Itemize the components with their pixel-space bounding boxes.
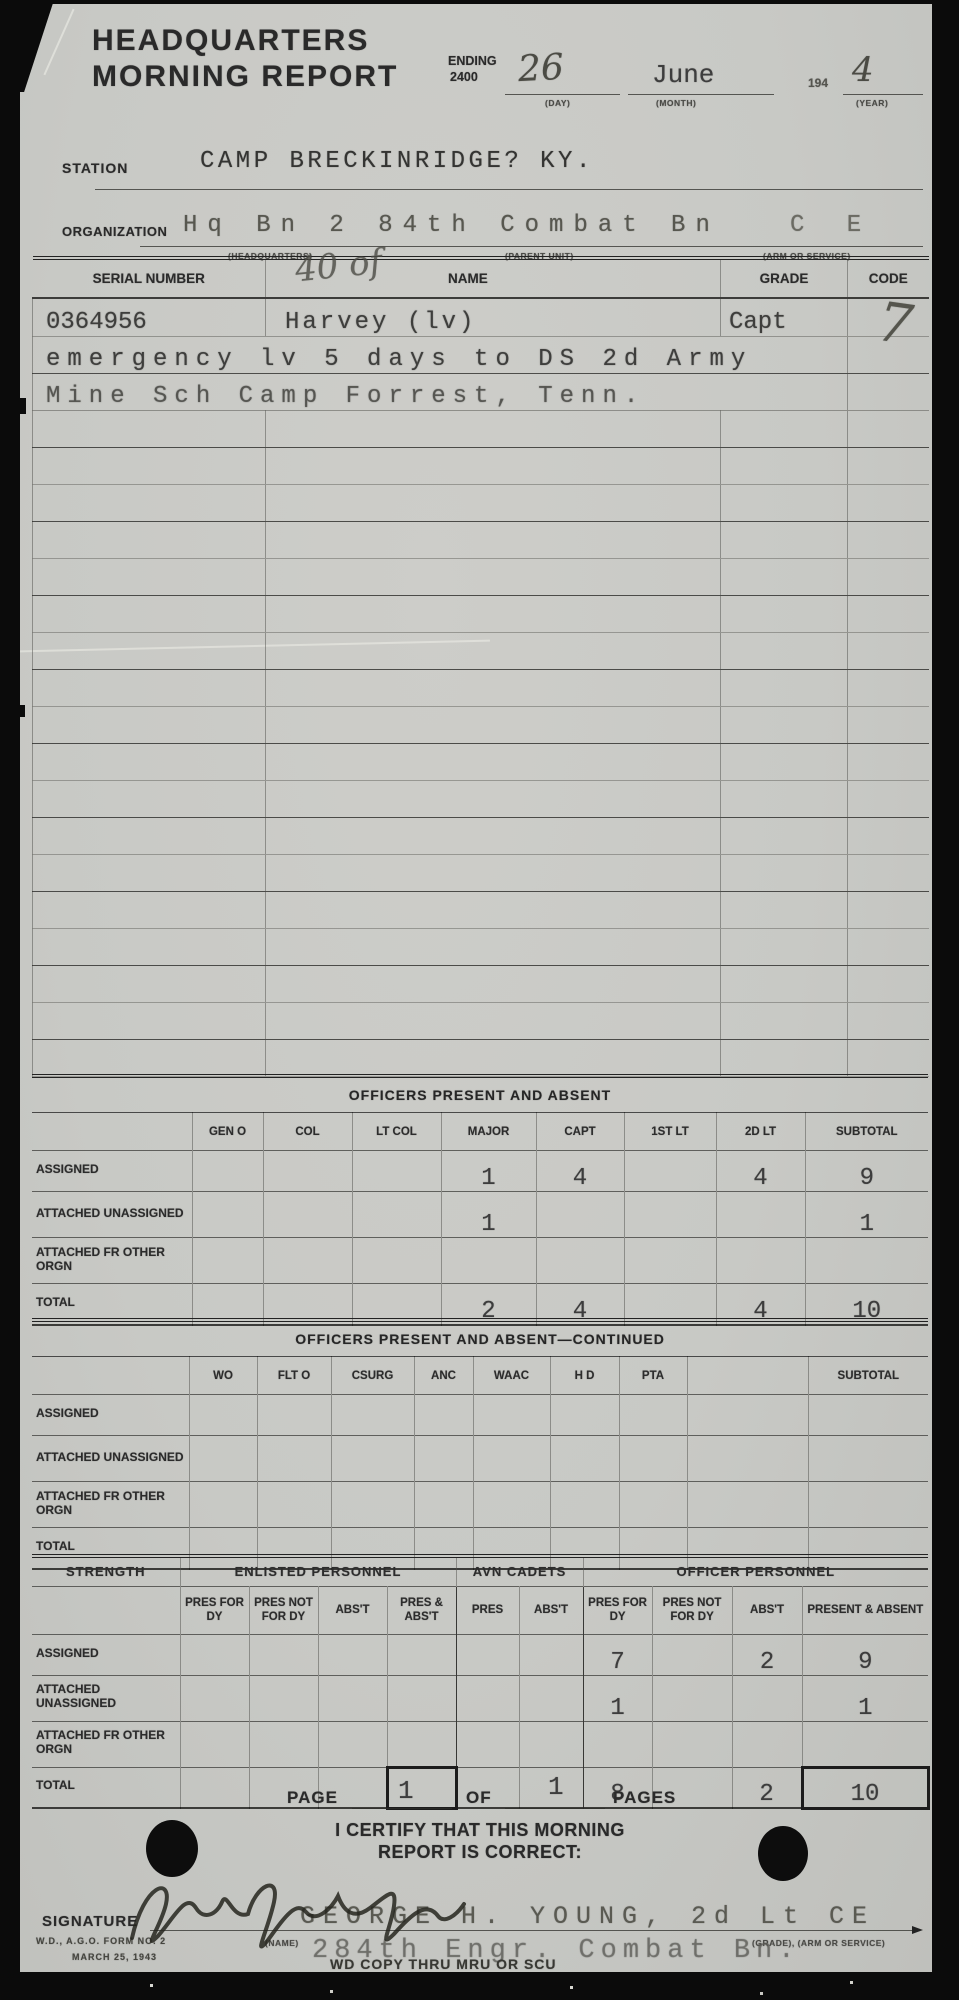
row-label: ATTACHED FR OTHER ORGN <box>32 1721 180 1767</box>
blank-cell <box>721 854 848 891</box>
blank-cell <box>33 521 266 558</box>
row-label: ATTACHED UNASSIGNED <box>32 1675 180 1721</box>
table-cell <box>331 1395 414 1436</box>
blank-cell <box>848 410 929 447</box>
table-title: OFFICERS PRESENT AND ABSENT <box>32 1076 928 1113</box>
table-cell <box>652 1721 732 1767</box>
table-title: OFFICERS PRESENT AND ABSENT—CONTINUED <box>32 1320 928 1357</box>
blank-cell <box>848 669 929 706</box>
row-label: ATTACHED FR OTHER ORGN <box>32 1238 192 1284</box>
punch-hole-right <box>758 1826 808 1881</box>
column-group-header: STRENGTH <box>32 1556 180 1586</box>
table-cell <box>687 1436 808 1482</box>
blank-cell <box>33 632 266 669</box>
table-cell: 1 <box>583 1675 652 1721</box>
blank-cell <box>33 817 266 854</box>
grade-header: GRADE <box>721 258 848 298</box>
table-cell: 2 <box>732 1634 802 1675</box>
report-title-line1: HEADQUARTERS <box>92 24 369 58</box>
table-cell <box>189 1436 257 1482</box>
table-cell <box>414 1395 473 1436</box>
column-header <box>32 1357 189 1395</box>
blank-cell <box>721 743 848 780</box>
table-cell <box>687 1482 808 1528</box>
table-cell <box>456 1675 519 1721</box>
table-cell <box>189 1482 257 1528</box>
blank-cell <box>848 854 929 891</box>
blank-cell <box>721 447 848 484</box>
column-header: ABS'T <box>318 1586 387 1634</box>
column-header: ABS'T <box>732 1586 802 1634</box>
table-cell <box>192 1238 263 1284</box>
table-cell: 1 <box>441 1192 536 1238</box>
table-cell <box>456 1634 519 1675</box>
of-label: OF <box>466 1788 492 1808</box>
column-header: MAJOR <box>441 1113 536 1151</box>
column-header: SUBTOTAL <box>805 1113 928 1151</box>
blank-cell <box>721 484 848 521</box>
table-cell <box>624 1238 716 1284</box>
blank-cell <box>848 817 929 854</box>
table-cell <box>180 1675 249 1721</box>
blank-cell <box>33 1002 266 1039</box>
column-header: FLT O <box>257 1357 331 1395</box>
column-header: PRES NOT FOR DY <box>249 1586 318 1634</box>
blank-cell <box>266 521 721 558</box>
column-header: PRES <box>456 1586 519 1634</box>
blank-cell <box>33 854 266 891</box>
column-header: PRESENT & ABSENT <box>802 1586 928 1634</box>
table-cell <box>441 1238 536 1284</box>
column-header: PRES NOT FOR DY <box>652 1586 732 1634</box>
film-edge-bottom <box>0 1972 959 2000</box>
table-cell <box>716 1192 805 1238</box>
entry-serial: 0364956 <box>33 298 266 336</box>
table-cell <box>192 1192 263 1238</box>
certification-line2: REPORT IS CORRECT: <box>280 1842 680 1863</box>
column-header: 1ST LT <box>624 1113 716 1151</box>
table-cell <box>550 1436 619 1482</box>
column-header: PRES FOR DY <box>583 1586 652 1634</box>
table-cell <box>387 1675 456 1721</box>
column-header: H D <box>550 1357 619 1395</box>
column-header: ANC <box>414 1357 473 1395</box>
table-cell <box>387 1721 456 1767</box>
column-header: PTA <box>619 1357 687 1395</box>
blank-cell <box>33 780 266 817</box>
row-label: ASSIGNED <box>32 1634 180 1675</box>
blank-cell <box>266 817 721 854</box>
blank-cell <box>266 743 721 780</box>
table-cell <box>808 1395 928 1436</box>
column-group-header: ENLISTED PERSONNEL <box>180 1556 456 1586</box>
table-cell: 2 <box>732 1767 802 1808</box>
table-cell: 10 <box>802 1767 928 1808</box>
blank-cell <box>848 780 929 817</box>
certification-line1: I CERTIFY THAT THIS MORNING <box>280 1820 680 1841</box>
blank-cell <box>721 780 848 817</box>
table-cell <box>519 1675 583 1721</box>
blank-cell <box>33 1039 266 1076</box>
blank-cell <box>266 891 721 928</box>
column-header <box>32 1586 180 1634</box>
entry-name: Harvey (lv) <box>266 298 721 336</box>
table-cell <box>352 1151 441 1192</box>
table-cell: 9 <box>805 1151 928 1192</box>
blank-cell <box>721 521 848 558</box>
table-cell <box>263 1238 352 1284</box>
blank-cell <box>266 410 721 447</box>
table-cell <box>536 1238 624 1284</box>
blank-cell <box>848 891 929 928</box>
blank-cell <box>848 965 929 1002</box>
column-header: WAAC <box>473 1357 550 1395</box>
column-header <box>32 1113 192 1151</box>
signature-line-arrowhead <box>912 1926 923 1934</box>
morning-report-scan: HEADQUARTERS MORNING REPORT ENDING 2400 … <box>0 0 959 2000</box>
blank-cell <box>848 928 929 965</box>
table-cell <box>473 1482 550 1528</box>
blank-cell <box>266 484 721 521</box>
table-cell <box>519 1721 583 1767</box>
column-header: SUBTOTAL <box>808 1357 928 1395</box>
column-header: CSURG <box>331 1357 414 1395</box>
blank-cell <box>721 928 848 965</box>
blank-cell <box>721 817 848 854</box>
table-cell <box>249 1634 318 1675</box>
table-cell <box>473 1395 550 1436</box>
column-header: WO <box>189 1357 257 1395</box>
blank-cell <box>848 595 929 632</box>
column-header: PRES FOR DY <box>180 1586 249 1634</box>
table-cell <box>331 1436 414 1482</box>
year-underline <box>843 60 923 95</box>
day-label: (DAY) <box>545 98 570 108</box>
table-cell <box>473 1436 550 1482</box>
table-cell <box>180 1767 249 1808</box>
month-underline <box>628 60 774 95</box>
table-cell <box>802 1721 928 1767</box>
roster-table: SERIAL NUMBERNAMEGRADECODE0364956Harvey … <box>32 256 929 1077</box>
column-header: CAPT <box>536 1113 624 1151</box>
table-cell <box>687 1395 808 1436</box>
blank-cell <box>721 965 848 1002</box>
strength-table: STRENGTHENLISTED PERSONNELAVN CADETSOFFI… <box>32 1554 930 1810</box>
blank-cell <box>848 447 929 484</box>
table-cell <box>180 1634 249 1675</box>
table-cell <box>519 1634 583 1675</box>
table-cell <box>456 1721 519 1767</box>
table-cell <box>619 1482 687 1528</box>
table-cell <box>189 1395 257 1436</box>
table-cell <box>414 1436 473 1482</box>
table-cell <box>352 1238 441 1284</box>
blank-cell <box>848 521 929 558</box>
column-header: LT COL <box>352 1113 441 1151</box>
row-label: ATTACHED UNASSIGNED <box>32 1436 189 1482</box>
blank-cell <box>848 484 929 521</box>
ending-time: 2400 <box>450 70 478 84</box>
film-nub <box>20 705 25 717</box>
officers-present-absent-table: OFFICERS PRESENT AND ABSENTGEN OCOLLT CO… <box>32 1074 928 1326</box>
blank-cell <box>721 1002 848 1039</box>
blank-cell <box>33 447 266 484</box>
page-value: 1 <box>398 1776 414 1806</box>
table-cell <box>318 1721 387 1767</box>
blank-cell <box>721 706 848 743</box>
row-label: ATTACHED UNASSIGNED <box>32 1192 192 1238</box>
table-cell <box>257 1436 331 1482</box>
table-cell <box>249 1721 318 1767</box>
year-label: (YEAR) <box>856 98 888 108</box>
film-nub <box>20 398 26 414</box>
table-cell: 7 <box>583 1634 652 1675</box>
blank-cell <box>266 447 721 484</box>
table-cell <box>805 1238 928 1284</box>
blank-cell <box>848 1002 929 1039</box>
table-cell <box>652 1675 732 1721</box>
column-header: 2D LT <box>716 1113 805 1151</box>
table-cell <box>331 1482 414 1528</box>
table-cell <box>808 1482 928 1528</box>
punch-hole-left <box>146 1820 198 1877</box>
table-cell <box>180 1721 249 1767</box>
blank-cell <box>33 410 266 447</box>
blank-cell <box>33 743 266 780</box>
table-cell <box>619 1436 687 1482</box>
table-cell: 1 <box>802 1675 928 1721</box>
blank-cell <box>266 1039 721 1076</box>
blank-cell <box>848 706 929 743</box>
day-underline <box>505 60 620 95</box>
blank-cell <box>721 891 848 928</box>
wd-copy-note: WD COPY THRU MRU OR SCU <box>330 1956 557 1972</box>
blank-cell <box>721 410 848 447</box>
blank-cell <box>266 595 721 632</box>
table-cell <box>808 1436 928 1482</box>
report-title-line2: MORNING REPORT <box>92 60 398 94</box>
blank-cell <box>266 632 721 669</box>
table-cell <box>732 1675 802 1721</box>
entry-continuation: emergency lv 5 days to DS 2d Army <box>33 336 848 373</box>
blank-cell <box>721 558 848 595</box>
blank-cell <box>848 743 929 780</box>
blank-cell <box>848 632 929 669</box>
table-cell: 4 <box>716 1151 805 1192</box>
table-cell <box>536 1192 624 1238</box>
table-cell <box>619 1395 687 1436</box>
handwritten-signature <box>120 1872 470 1957</box>
blank-cell <box>33 484 266 521</box>
table-cell <box>550 1482 619 1528</box>
blank-cell <box>721 1039 848 1076</box>
blank-cell <box>266 706 721 743</box>
table-cell <box>249 1675 318 1721</box>
entry-code <box>848 373 929 410</box>
blank-cell <box>848 558 929 595</box>
blank-cell <box>266 965 721 1002</box>
table-cell: 1 <box>441 1151 536 1192</box>
column-header: ABS'T <box>519 1586 583 1634</box>
blank-cell <box>266 1002 721 1039</box>
table-cell <box>550 1395 619 1436</box>
month-label: (MONTH) <box>656 98 696 108</box>
blank-cell <box>266 928 721 965</box>
table-cell <box>257 1395 331 1436</box>
blank-cell <box>266 558 721 595</box>
table-cell <box>732 1721 802 1767</box>
film-speckles <box>150 1984 153 1987</box>
column-header <box>687 1357 808 1395</box>
table-cell <box>352 1192 441 1238</box>
column-header: COL <box>263 1113 352 1151</box>
blank-cell <box>33 558 266 595</box>
blank-cell <box>266 854 721 891</box>
blank-cell <box>266 669 721 706</box>
officers-continued-table: OFFICERS PRESENT AND ABSENT—CONTINUEDWOF… <box>32 1318 928 1570</box>
blank-cell <box>33 669 266 706</box>
column-header: PRES & ABS'T <box>387 1586 456 1634</box>
column-group-header: OFFICER PERSONNEL <box>583 1556 928 1586</box>
year-prefix: 194 <box>808 76 828 90</box>
table-cell <box>624 1151 716 1192</box>
pages-label: PAGES <box>613 1788 676 1808</box>
blank-cell <box>266 780 721 817</box>
table-cell: 9 <box>802 1634 928 1675</box>
film-edge-right <box>932 0 959 2000</box>
blank-cell <box>33 928 266 965</box>
page-label: PAGE <box>287 1788 338 1808</box>
blank-cell <box>33 965 266 1002</box>
pages-value: 1 <box>548 1772 564 1802</box>
table-cell <box>263 1192 352 1238</box>
row-label: TOTAL <box>32 1767 180 1808</box>
blank-cell <box>721 595 848 632</box>
row-label: ATTACHED FR OTHER ORGN <box>32 1482 189 1528</box>
column-header: GEN O <box>192 1113 263 1151</box>
column-group-header: AVN CADETS <box>456 1556 583 1586</box>
table-cell <box>318 1634 387 1675</box>
blank-cell <box>848 1039 929 1076</box>
blank-cell <box>721 632 848 669</box>
blank-cell <box>33 891 266 928</box>
table-cell <box>624 1192 716 1238</box>
blank-cell <box>33 595 266 632</box>
table-cell <box>414 1482 473 1528</box>
blank-cell <box>721 669 848 706</box>
organization-underline <box>140 213 923 247</box>
station-underline <box>95 155 923 190</box>
entry-grade: Capt <box>721 298 848 336</box>
serial-number-header: SERIAL NUMBER <box>33 258 266 298</box>
table-cell <box>263 1151 352 1192</box>
table-cell <box>318 1675 387 1721</box>
entry-continuation: Mine Sch Camp Forrest, Tenn. <box>33 373 848 410</box>
table-cell <box>583 1721 652 1767</box>
table-cell <box>192 1151 263 1192</box>
table-cell: 1 <box>805 1192 928 1238</box>
table-cell <box>652 1634 732 1675</box>
ending-label: ENDING <box>448 54 497 68</box>
table-cell: 4 <box>536 1151 624 1192</box>
row-label: ASSIGNED <box>32 1395 189 1436</box>
blank-cell <box>33 706 266 743</box>
table-cell <box>716 1238 805 1284</box>
table-cell <box>257 1482 331 1528</box>
row-label: ASSIGNED <box>32 1151 192 1192</box>
table-cell <box>387 1634 456 1675</box>
